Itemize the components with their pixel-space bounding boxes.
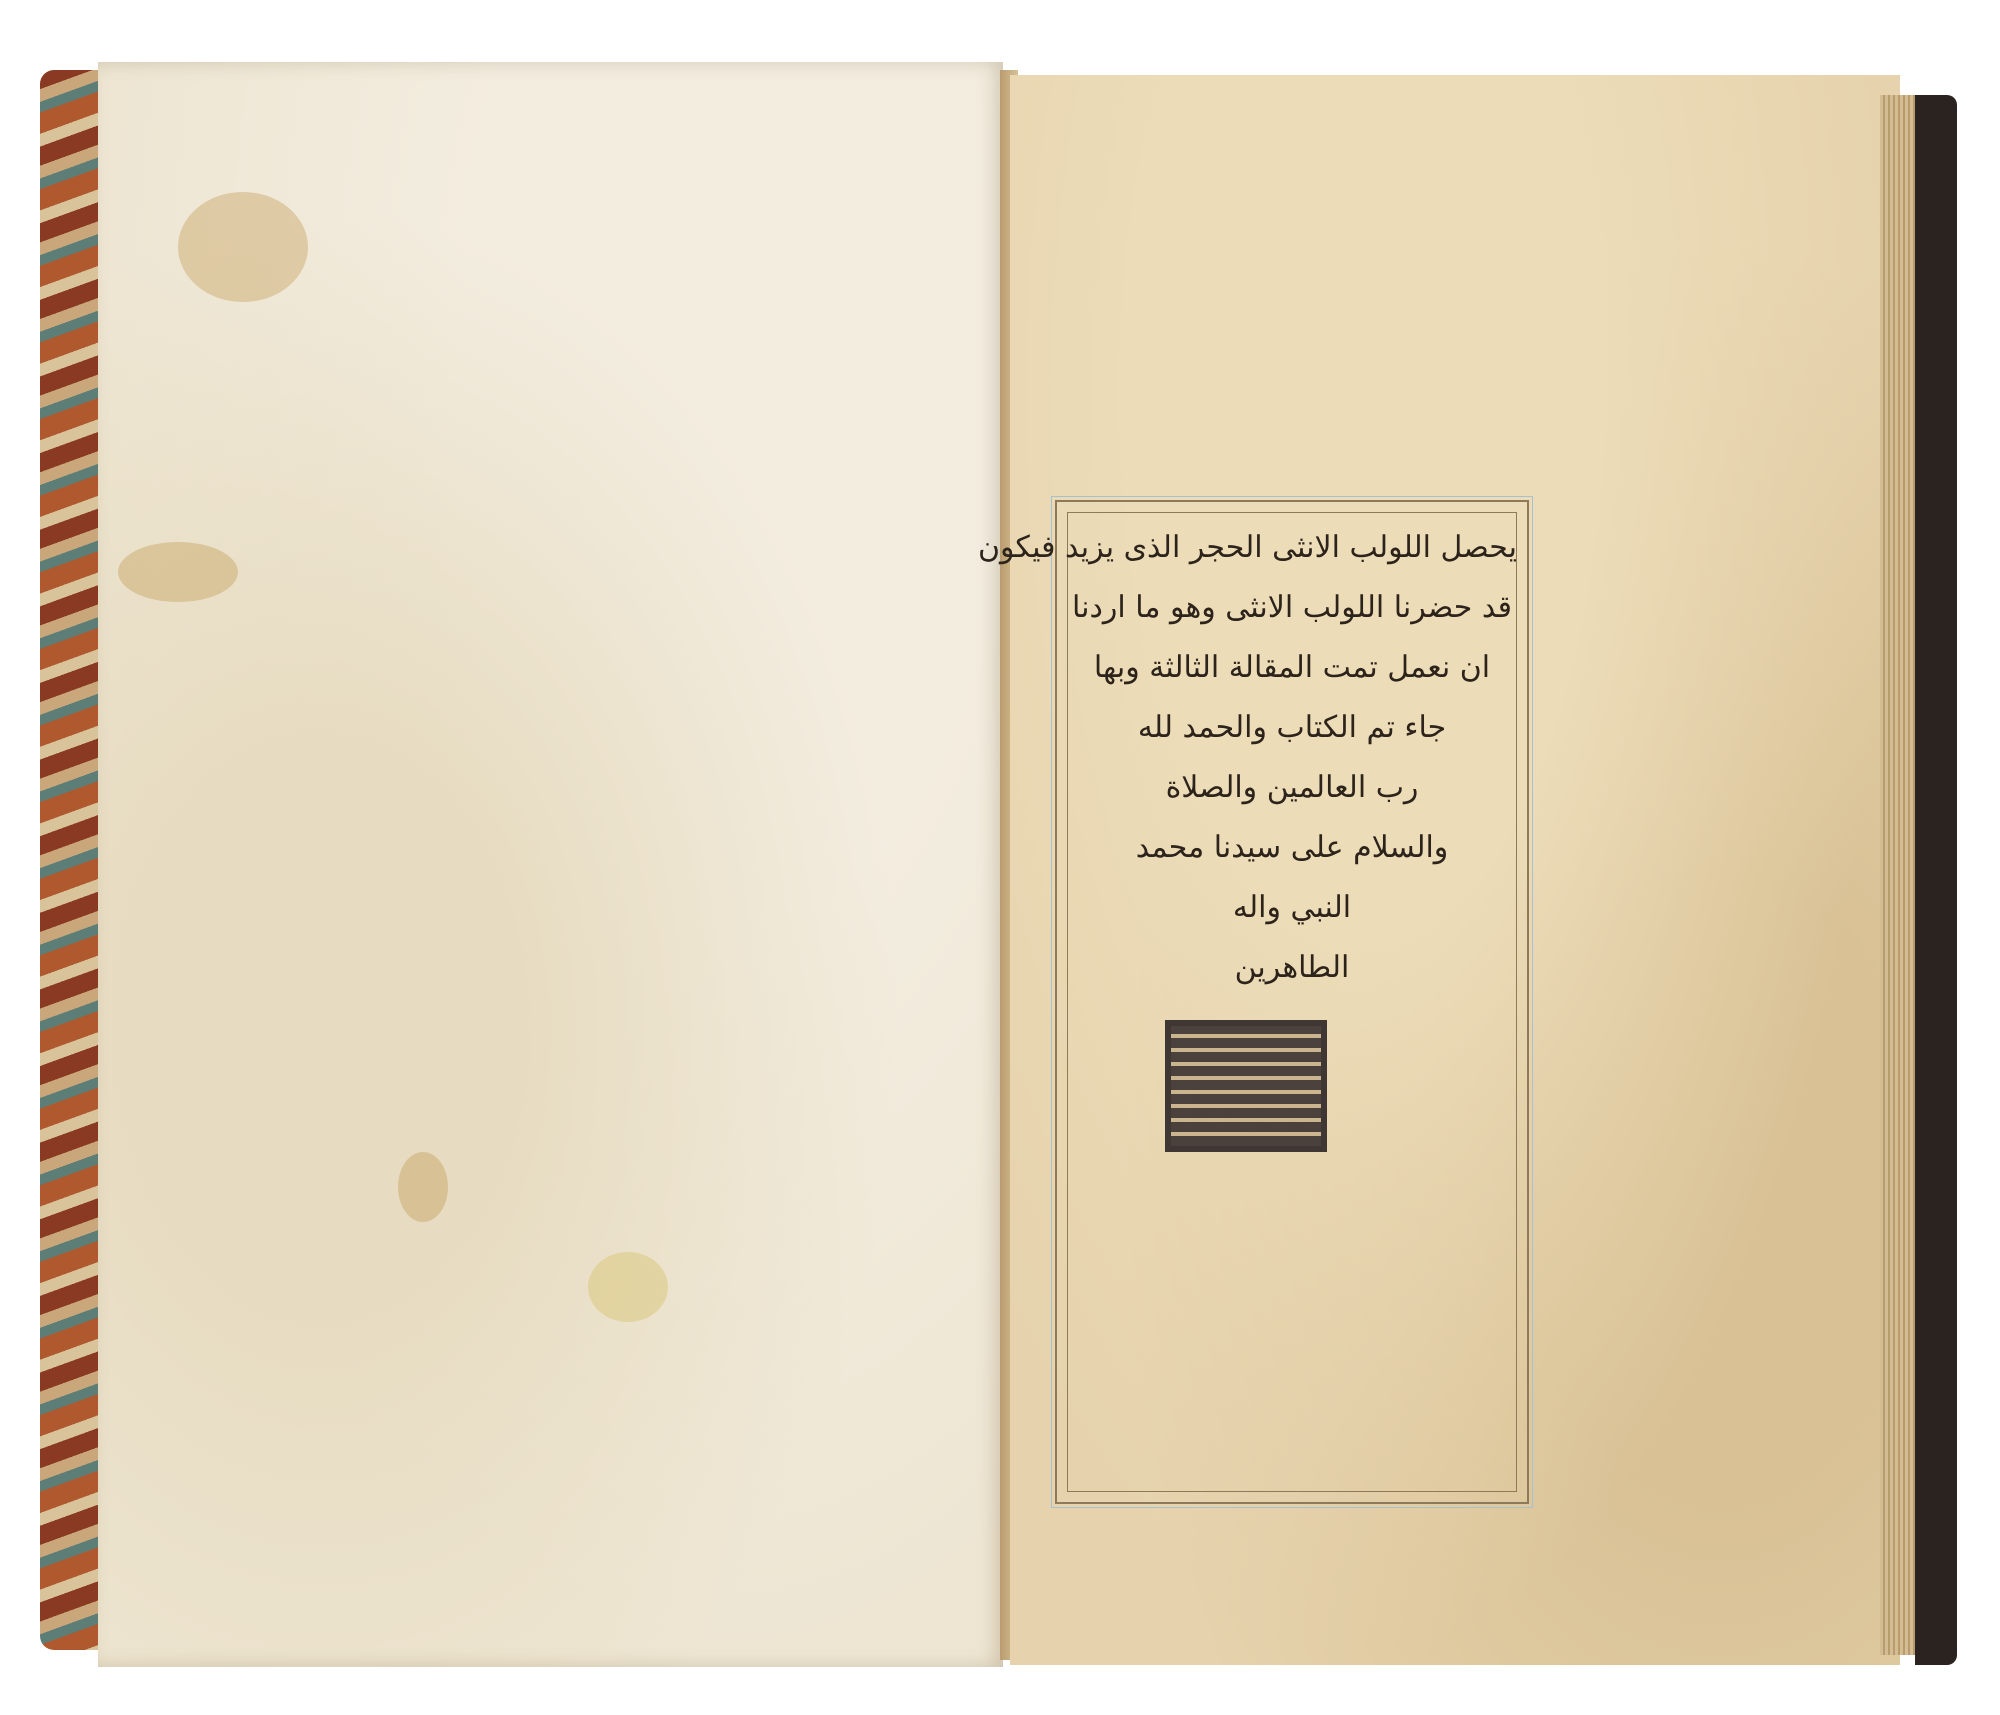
manuscript-photo: يحصل اللولب الانثى الحجر الذى يزيد فيكون… <box>0 0 2000 1715</box>
colophon-text: يحصل اللولب الانثى الحجر الذى يزيد فيكون… <box>1067 518 1517 998</box>
stain <box>118 542 238 602</box>
colophon-line: يحصل اللولب الانثى الحجر الذى يزيد فيكون <box>1067 518 1517 578</box>
colophon-line: جاء تم الكتاب والحمد لله <box>1067 698 1517 758</box>
colophon-line: النبي واله <box>1067 878 1517 938</box>
colophon-line: رب العالمين والصلاة <box>1067 758 1517 818</box>
colophon-line: والسلام على سيدنا محمد <box>1067 818 1517 878</box>
colophon-line: قد حضرنا اللولب الانثى وهو ما اردنا <box>1067 578 1517 638</box>
stain <box>178 192 308 302</box>
colophon-line: ان نعمل تمت المقالة الثالثة وبها <box>1067 638 1517 698</box>
back-cover <box>1915 95 1957 1665</box>
colophon-frame: يحصل اللولب الانثى الحجر الذى يزيد فيكون… <box>1055 500 1529 1504</box>
colophon-line: الطاهرين <box>1067 938 1517 998</box>
page-edges <box>1880 95 1920 1655</box>
left-flyleaf <box>98 62 1003 1667</box>
stain <box>588 1252 668 1322</box>
seal-stamp <box>1165 1020 1327 1152</box>
stain <box>398 1152 448 1222</box>
